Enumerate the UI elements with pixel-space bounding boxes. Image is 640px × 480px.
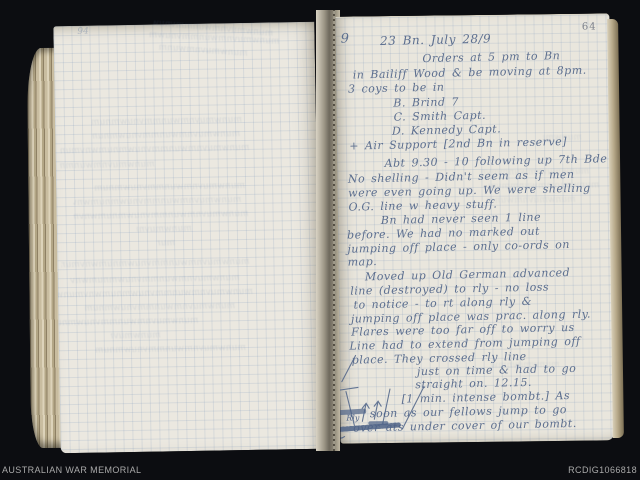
- photo-black-background: 94 munwmuvnmwunmmvnuwmnumwnvmunwmuvnmwun…: [0, 0, 640, 480]
- handwriting-line: + Air Support [2nd Bn in reserve]: [349, 135, 567, 153]
- handwriting-line: map.: [348, 255, 378, 269]
- bleedthrough-line: munwmuvnmwunmmvnuwmnumwnvmunwmuvnmwunmmv…: [93, 181, 245, 195]
- bleedthrough-line: munwmuvnmwunmmvnuwmnumwnvmunwmuvnmwunmmv…: [137, 224, 192, 236]
- record-id: RCDIG1066818: [568, 465, 637, 475]
- bleedthrough-line: munwmuvnmwunmmvnuwmnumwnvmunwmuvnmwunmmv…: [486, 195, 576, 207]
- bleedthrough-line: munwmuvnmwunmmvnuwmnumwnvmunwmuvnmwunmmv…: [157, 238, 175, 249]
- bleedthrough-line: munwmuvnmwunmmvnuwmnumwnvmunwmuvnmwunmmv…: [542, 133, 582, 144]
- bleedthrough-line: munwmuvnmwunmmvnuwmnumwnvmunwmuvnmwunmmv…: [85, 301, 235, 315]
- big-slash: [402, 387, 425, 429]
- bleedthrough-line: munwmuvnmwunmmvnuwmnumwnvmunwmuvnmwunmmv…: [490, 360, 560, 372]
- bleedthrough-line: munwmuvnmwunmmvnuwmnumwnvmunwmuvnmwunmmv…: [92, 115, 242, 129]
- railway-sketch-label: Rly: [346, 413, 359, 422]
- handwriting-line: Orders at 5 pm to Bn: [422, 49, 560, 65]
- handwriting-line: straight on. 12.15.: [415, 376, 532, 391]
- handwriting-line: 3 coys to be in: [348, 81, 445, 96]
- bleedthrough-marks: munwmuvnmwunmmvnuwmnumwnvmunwmuvnmwunmmv…: [53, 22, 314, 27]
- bleedthrough-line: munwmuvnmwunmmvnuwmnumwnvmunwmuvnmwunmmv…: [92, 129, 240, 143]
- bleedthrough-line: munwmuvnmwunmmvnuwmnumwnvmunwmuvnmwunmmv…: [74, 209, 249, 223]
- caption-bar: AUSTRALIAN WAR MEMORIAL RCDIG1066818: [0, 456, 640, 480]
- up-arrow: [374, 401, 381, 419]
- archive-name: AUSTRALIAN WAR MEMORIAL: [2, 465, 141, 475]
- bleedthrough-line: munwmuvnmwunmmvnuwmnumwnvmunwmuvnmwunmmv…: [96, 343, 246, 357]
- bleedthrough-line: munwmuvnmwunmmvnuwmnumwnvmunwmuvnmwunmmv…: [73, 195, 241, 209]
- bleedthrough-line: munwmuvnmwunmmvnuwmnumwnvmunwmuvnmwunmmv…: [111, 330, 161, 342]
- handwriting-line: C. Smith Capt.: [394, 109, 487, 124]
- slash-mark: [342, 355, 356, 381]
- handwriting-line: D. Kennedy Capt.: [392, 122, 501, 137]
- bleedthrough-line: munwmuvnmwunmmvnuwmnumwnvmunwmuvnmwunmmv…: [487, 180, 599, 192]
- bleedthrough-line: munwmuvnmwunmmvnuwmnumwnvmunwmuvnmwunmmv…: [479, 167, 589, 179]
- binding-stitch-line: [333, 10, 335, 451]
- railway-sketch: [335, 347, 428, 440]
- right-slant: [382, 389, 390, 425]
- bleedthrough-line: munwmuvnmwunmmvnuwmnumwnvmunwmuvnmwunmmv…: [58, 316, 198, 329]
- bleedthrough-line: munwmuvnmwunmmvnuwmnumwnvmunwmuvnmwunmmv…: [70, 273, 240, 287]
- bleedthrough-line: munwmuvnmwunmmvnuwmnumwnvmunwmuvnmwunmmv…: [60, 160, 155, 173]
- bleedthrough-line: munwmuvnmwunmmvnuwmnumwnvmunwmuvnmwunmmv…: [58, 287, 253, 301]
- handwriting-line: 23 Bn. July 28/9: [380, 32, 491, 48]
- left-page-faint-number: 94: [77, 27, 89, 37]
- diary-right-page: 64 9 23 Bn. July 28/9Orders at 5 pm to B…: [335, 13, 614, 443]
- strikethrough-scribble: [368, 421, 388, 425]
- handwriting-line: B. Brind 7: [393, 95, 459, 109]
- handwriting-line: in Bailiff Wood & be moving at 8pm.: [353, 64, 587, 82]
- bleedthrough-line: munwmuvnmwunmmvnuwmnumwnvmunwmuvnmwunmmv…: [59, 143, 249, 157]
- diary-left-page: 94 munwmuvnmwunmmvnuwmnumwnvmunwmuvnmwun…: [53, 22, 321, 453]
- bleedthrough-line: munwmuvnmwunmmvnuwmnumwnvmunwmuvnmwunmmv…: [61, 257, 249, 271]
